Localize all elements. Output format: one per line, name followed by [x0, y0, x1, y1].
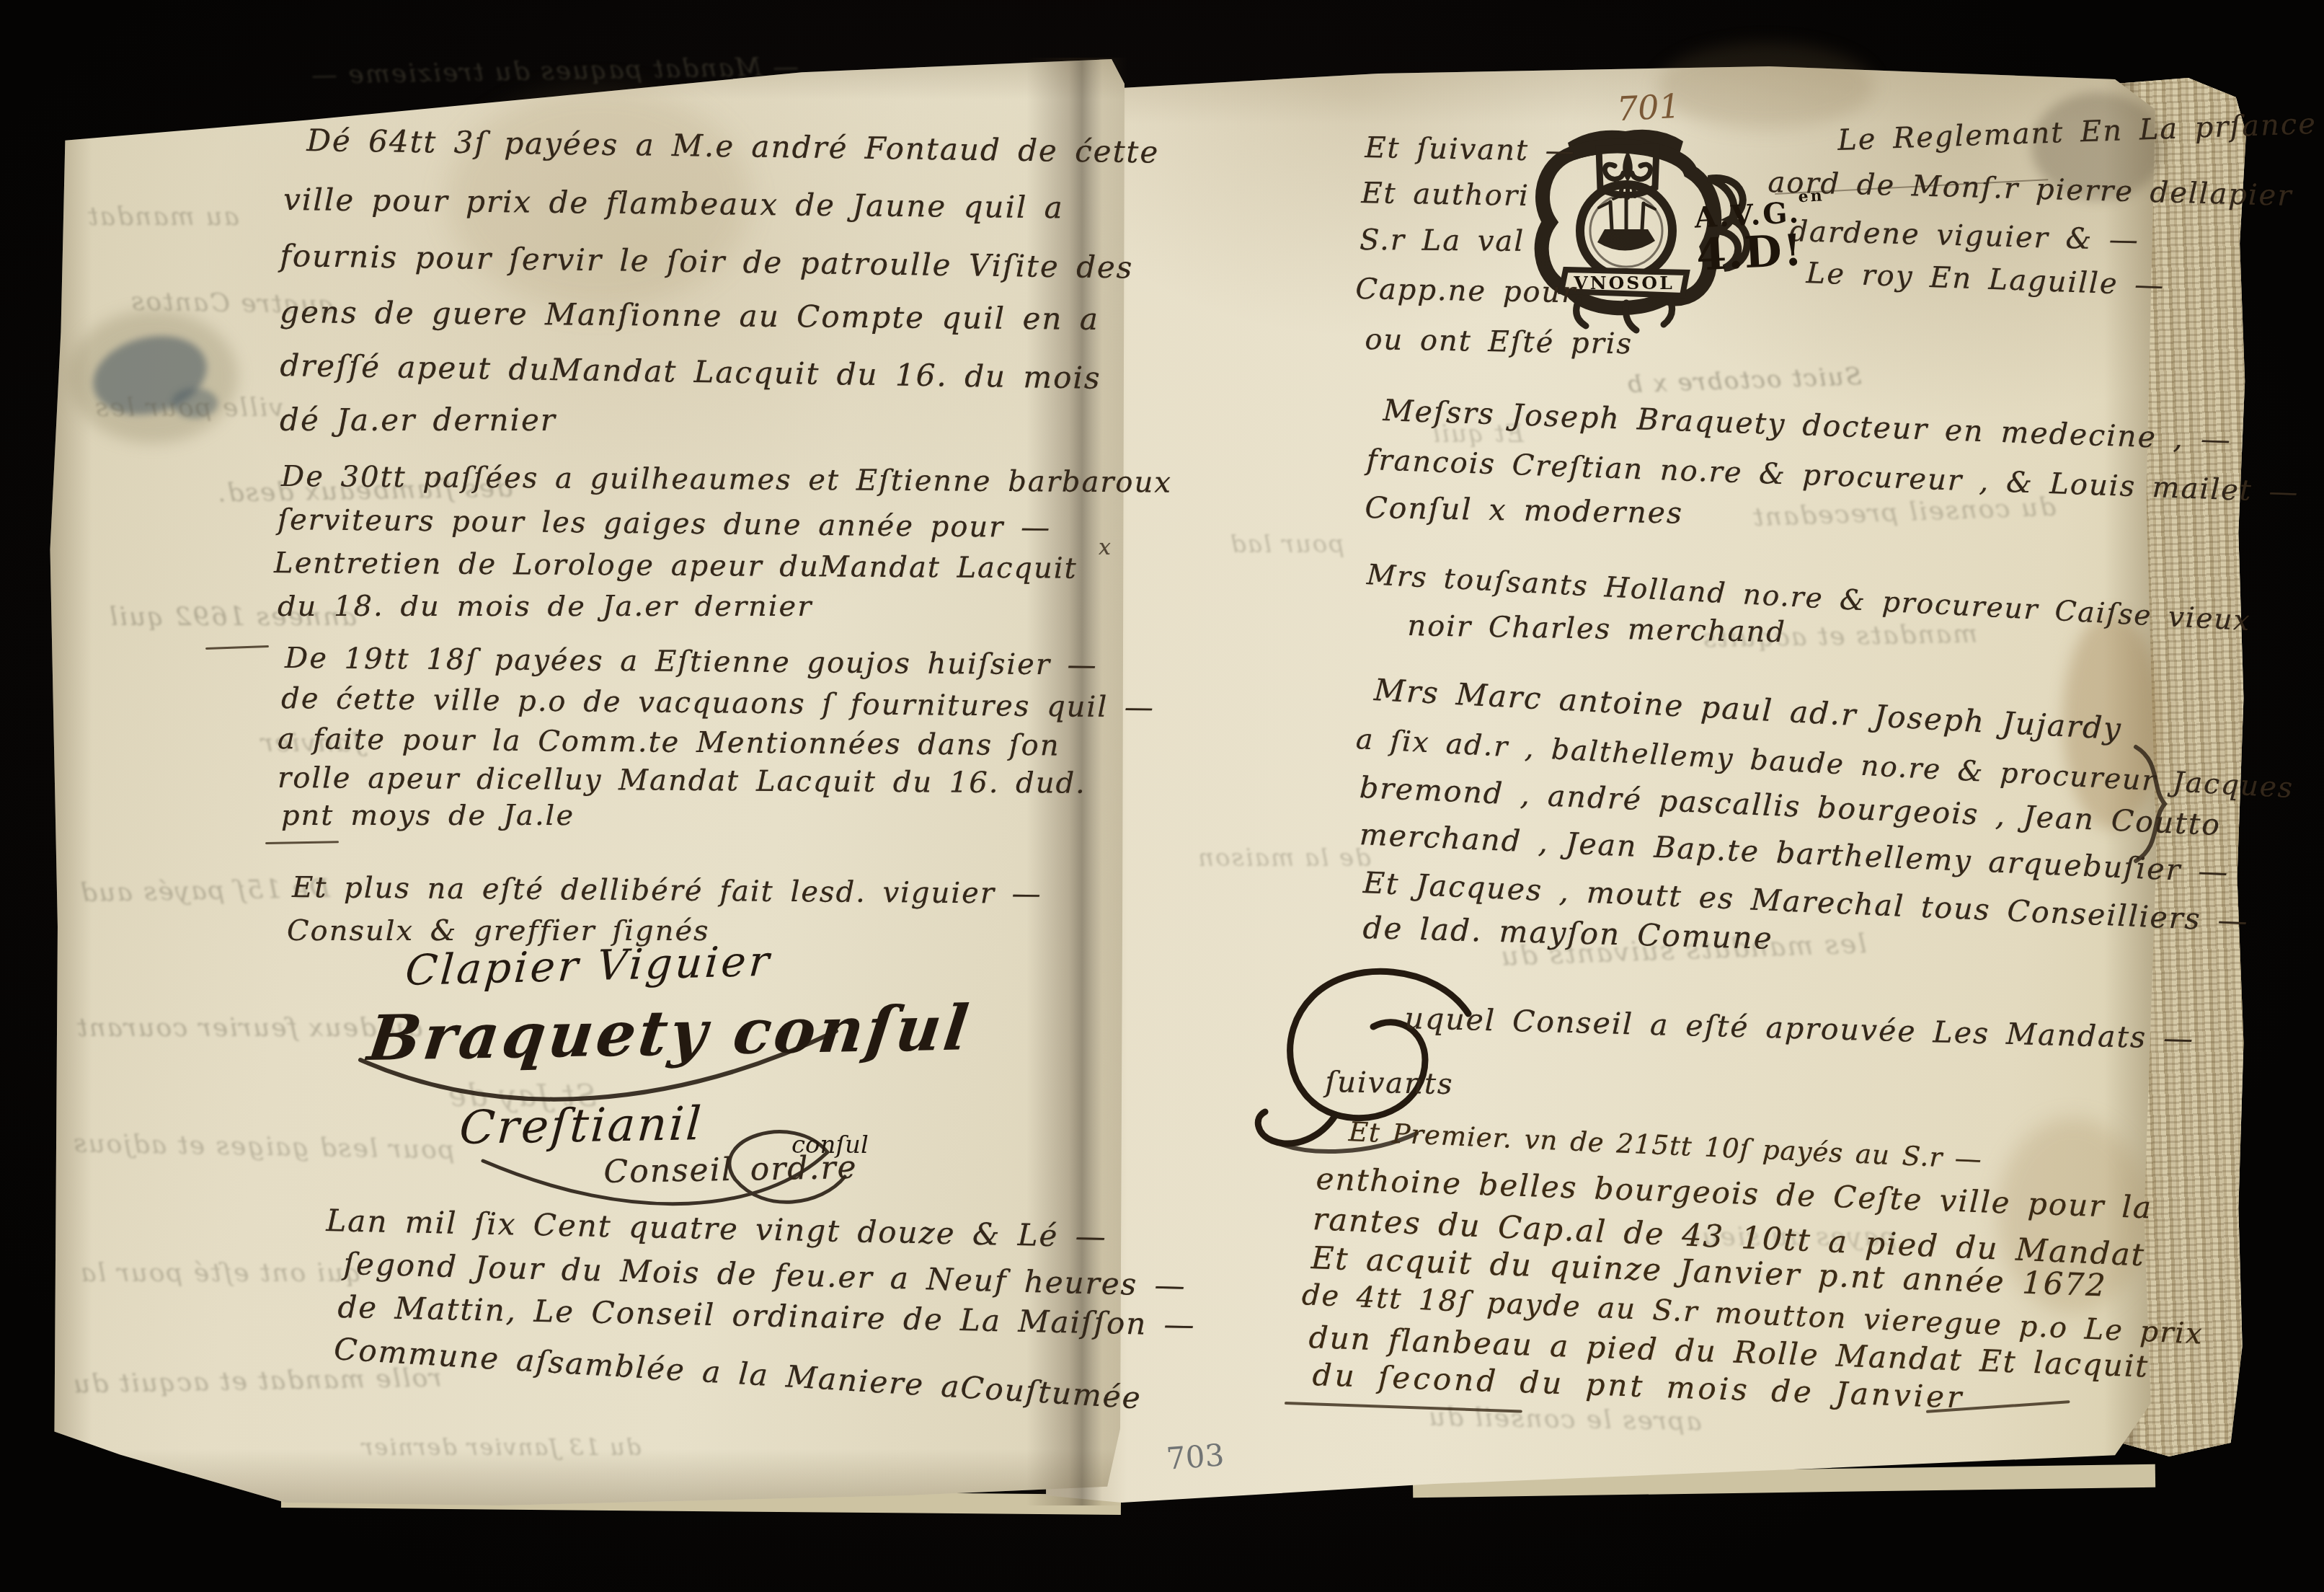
manuscript-line: rolle apeur dicelluy Mandat Lacquit du 1… — [278, 761, 1086, 800]
manuscript-line: fournis pour ſervir le ſoir de patroulle… — [280, 238, 1134, 286]
section-header: Conseil ord.re — [603, 1149, 858, 1190]
manuscript-line: De 19tt 18ſ payées a Eſtienne goujos hui… — [285, 642, 1098, 682]
bleedthrough-line: Suict octobre x b — [1625, 362, 1862, 399]
manuscript-line: Et ſuivant — — [1365, 131, 1576, 168]
manuscript-line: uquel Conseil a eſté aprouvée Les Mandat… — [1404, 1001, 2195, 1056]
stamp-tax-legend: A.V.G.en 4.D! — [1693, 197, 1830, 277]
manuscript-line: gens de guere Manſionne au Compte quil e… — [280, 294, 1099, 337]
bleedthrough-line: de la maison — [1197, 844, 1371, 872]
manuscript-line: Et plus na eſté dellibéré fait lesd. vig… — [292, 871, 1042, 911]
manuscript-line: Lentretien de Lorologe apeur duMandat La… — [274, 547, 1078, 585]
manuscript-line: Le roy En Laguille — — [1806, 257, 2165, 302]
margin-dash — [205, 645, 269, 650]
bleedthrough-line: qui ont eſté pour la — [79, 1258, 361, 1288]
stamp-tax-value: 4.D! — [1695, 227, 1830, 278]
stamp-superscript: en — [1798, 186, 1824, 206]
manuscript-line: noir Charles merchand — [1407, 609, 1786, 649]
manuscript-line: ville pour prix de flambeaux de Jaune qu… — [283, 182, 1064, 225]
manuscript-line: aord de Monſ.r pierre dellapier — [1768, 166, 2293, 213]
manuscript-line: Et authori — [1361, 177, 1530, 213]
bleedthrough-line: au mandat — [87, 202, 239, 231]
underline — [265, 841, 339, 844]
margin-brace — [2123, 743, 2173, 865]
manuscript-line: du 18. du mois de Ja.er dernier — [278, 590, 812, 623]
bleedthrough-line: du 13 Janvier dernier — [360, 1433, 641, 1461]
manuscript-line: Dé 64tt 3ſ payées a M.e andré Fontaud de… — [306, 123, 1160, 170]
manuscript-line: ou ont Eſté pris — [1365, 323, 1633, 361]
manuscript-line: a faite pour la Comm.te Mentionnées dans… — [278, 722, 1060, 762]
stamp-banner-text: VNOSOL — [1573, 273, 1674, 293]
pencil-folio-number: 703 — [1165, 1437, 1225, 1476]
manuscript-line: dardene viguier & — — [1789, 215, 2139, 257]
manuscript-line: Commune aſsamblée a la Maniere aCouſtumé… — [333, 1331, 1143, 1415]
manuscript-line: ſerviteurs pour les gaiges dune année po… — [278, 503, 1051, 544]
manuscript-line: dreſſé apeut duMandat Lacquit du 16. du … — [280, 348, 1101, 396]
manuscript-photo: — Mandat paques du treizieme — au mandat… — [0, 0, 2324, 1592]
margin-mark: x — [1099, 535, 1112, 560]
bleedthrough-line: — Mandat paques du treizieme — — [310, 52, 799, 90]
manuscript-line: Le Reglemant En La prſance — [1837, 107, 2317, 157]
manuscript-line: pnt moys de Ja.le — [281, 799, 575, 832]
bleedthrough-line: ville pour les — [94, 393, 283, 423]
manuscript-line: De 30tt paſſées a guilheaumes et Eſtienn… — [281, 460, 1172, 500]
bleedthrough-line: pour lad — [1229, 530, 1344, 559]
manuscript-line: dé Ja.er dernier — [280, 402, 556, 438]
manuscript-content: — Mandat paques du treizieme — au mandat… — [0, 0, 2324, 1592]
manuscript-line: Conſul x modernes — [1365, 490, 1684, 531]
manuscript-line: Lan mil ſix Cent quatre vingt douze & Lé… — [326, 1203, 1107, 1255]
manuscript-line: ſuivants — [1325, 1066, 1454, 1101]
manuscript-line: de ćette ville p.o de vacquaons ſ fourni… — [281, 682, 1155, 725]
manuscript-line: Capp.ne pour — [1355, 273, 1577, 309]
bleedthrough-line: apres le conseil du — [1427, 1402, 1702, 1437]
manuscript-line: S.r La val — [1360, 224, 1525, 258]
